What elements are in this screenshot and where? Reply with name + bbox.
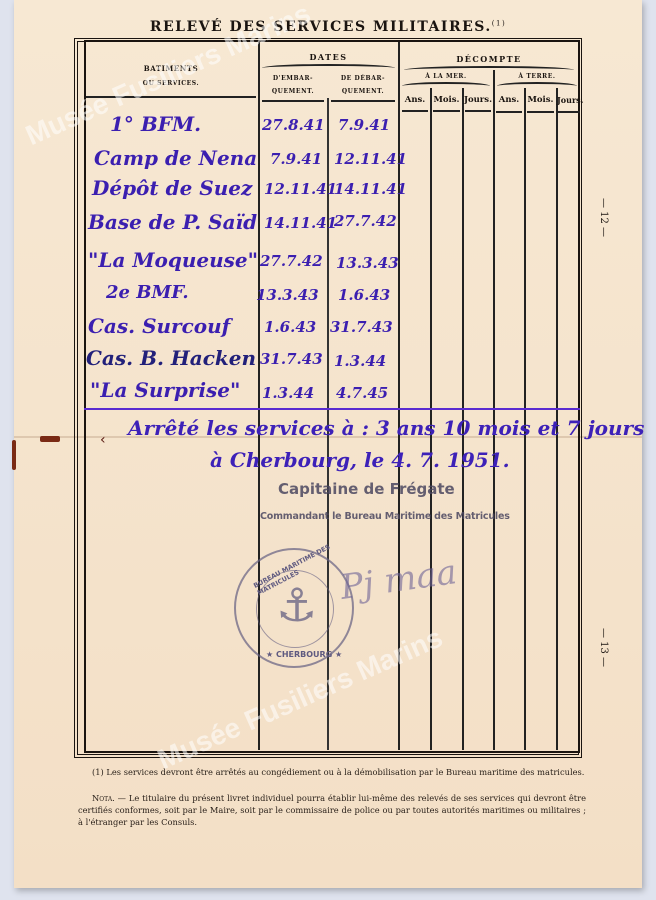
row-service: 1° BFM. (110, 112, 201, 136)
header-terre-ans: Ans. (494, 95, 524, 105)
header-underline (262, 100, 324, 102)
header-embarquement: D'EMBAR- (260, 75, 326, 82)
row-embarquement: 13.3.43 (256, 286, 319, 304)
row-embarquement: 1.6.43 (264, 318, 316, 336)
row-service: 2e BMF. (106, 282, 189, 303)
column-divider (493, 70, 495, 750)
row-debarquement: 1.3.44 (334, 352, 386, 370)
bureau-seal: ⚓ BUREAU MARITIME DES MATRICULES ★ CHERB… (234, 548, 354, 668)
row-debarquement: 14.11.41 (334, 180, 407, 198)
header-underline (527, 111, 554, 113)
anchor-icon: ⚓ (276, 578, 317, 632)
rank-stamp: Capitaine de Frégate (278, 480, 455, 498)
row-embarquement: 31.7.43 (260, 350, 323, 368)
header-dates: DATES (260, 52, 397, 62)
header-swash (497, 82, 577, 90)
row-embarquement: 1.3.44 (262, 384, 314, 402)
header-underline (558, 111, 580, 113)
title-stamp: Commandant le Bureau Maritime des Matric… (260, 511, 510, 522)
nota-label: Nota. (92, 793, 115, 803)
header-embarquement-2: QUEMENT. (260, 88, 326, 95)
row-service: "La Surprise" (90, 378, 240, 402)
header-swash (262, 64, 395, 72)
row-debarquement: 13.3.43 (336, 254, 399, 272)
title-footnote-marker: (1) (492, 19, 506, 27)
header-mer-jours: Jours. (463, 95, 493, 105)
page-number-13: — 13 — (598, 628, 609, 667)
header-underline (496, 111, 522, 113)
binding-stain (40, 436, 60, 442)
header-debarquement-2: QUEMENT. (329, 88, 397, 95)
header-terre-mois: Mois. (525, 95, 556, 105)
row-debarquement: 31.7.43 (330, 318, 393, 336)
footnote-nota: Nota. — Le titulaire du présent livret i… (78, 792, 586, 828)
row-debarquement: 12.11.41 (334, 150, 407, 168)
row-embarquement: 7.9.41 (270, 150, 322, 168)
header-mer-mois: Mois. (431, 95, 462, 105)
header-underline (402, 110, 428, 112)
row-service: "La Moqueuse" (88, 248, 258, 272)
closing-note-duration: Arrêté les services à : 3 ans 10 mois et… (128, 416, 644, 440)
header-underline (465, 110, 491, 112)
row-service: Camp de Nena (94, 146, 257, 170)
title-text: RELEVÉ DES SERVICES MILITAIRES. (150, 19, 492, 35)
page-number-12: — 12 — (598, 198, 609, 237)
row-embarquement: 12.11.41 (264, 180, 337, 198)
header-underline (433, 110, 460, 112)
nota-text: — Le titulaire du présent livret individ… (78, 793, 586, 827)
header-mer-ans: Ans. (400, 95, 430, 105)
row-service: Cas. Surcouf (88, 314, 230, 338)
binding-stain (12, 440, 16, 470)
page-title: RELEVÉ DES SERVICES MILITAIRES.(1) (0, 19, 656, 35)
row-debarquement: 1.6.43 (338, 286, 390, 304)
header-a-terre: À TERRE. (495, 73, 579, 80)
header-a-la-mer: À LA MER. (400, 73, 492, 80)
row-debarquement: 4.7.45 (336, 384, 388, 402)
row-service: Dépôt de Suez (92, 176, 252, 200)
row-debarquement: 7.9.41 (338, 116, 390, 134)
fold-chevron-mark: ‹ (100, 432, 106, 448)
footnote-1: (1) Les services devront être arrêtés au… (78, 766, 586, 778)
row-service: Cas. B. Hacken (86, 346, 256, 370)
seal-bottom-text: ★ CHERBOURG ★ (266, 650, 342, 659)
header-terre-jours: Jours. (557, 95, 581, 105)
row-debarquement: 27.7.42 (334, 212, 397, 230)
row-embarquement: 27.8.41 (262, 116, 325, 134)
header-underline (331, 100, 395, 102)
header-swash (402, 82, 490, 90)
closing-rule (84, 408, 580, 410)
row-embarquement: 27.7.42 (260, 252, 323, 270)
row-embarquement: 14.11.41 (264, 214, 337, 232)
header-debarquement: DE DÉBAR- (329, 75, 397, 82)
closing-note-place-date: à Cherbourg, le 4. 7. 1951. (210, 448, 510, 472)
header-decompte: DÉCOMPTE (400, 54, 578, 64)
row-service: Base de P. Saïd (88, 210, 257, 234)
